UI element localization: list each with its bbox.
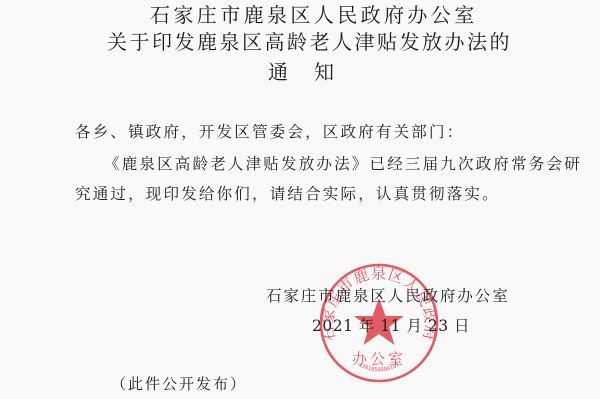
body-paragraph-line-1: 《鹿泉区高龄老人津贴发放办法》已经三届九次政府常务会研 xyxy=(104,157,582,173)
doc-type-char-1: 通 xyxy=(268,60,288,84)
salutation: 各乡、镇政府，开发区管委会，区政府有关部门： xyxy=(75,125,464,141)
subject-title: 关于印发鹿泉区高龄老人津贴发放办法的 xyxy=(107,32,512,52)
doc-type-title: 通知 xyxy=(268,62,334,82)
signature-date: 2021 年 11 月 23 日 xyxy=(312,319,470,335)
document-page: 石家庄市鹿泉区人民政府办公室 关于印发鹿泉区高龄老人津贴发放办法的 通知 各乡、… xyxy=(0,0,600,399)
issuer-title: 石家庄市鹿泉区人民政府办公室 xyxy=(150,5,478,25)
body-paragraph-line-2: 究通过，现印发给你们，请结合实际，认真贯彻落实。 xyxy=(75,187,500,203)
signature-organization: 石家庄市鹿泉区人民政府办公室 xyxy=(266,289,510,305)
doc-type-char-2: 知 xyxy=(314,60,334,84)
publication-note: （此件公开发布） xyxy=(111,377,247,392)
